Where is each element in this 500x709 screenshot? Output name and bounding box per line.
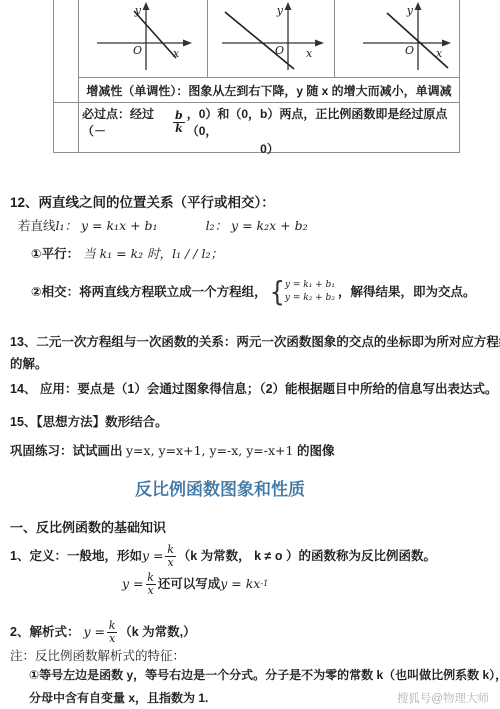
system-eq-2: y = k₂ + b₂ (285, 292, 335, 305)
parallel-condition: 当 k₁ = k₂ 时，l₁ / / l₂； (83, 246, 223, 261)
function-line (225, 12, 294, 69)
table-row-monotonicity: 增减性（单调性）：图象从左到右下降，y 随 x 的增大而减小，单调减 (54, 77, 459, 102)
graph-decreasing-line-through-origin: y O x (335, 0, 461, 75)
page-title: 反比例函数图象和性质 (0, 479, 440, 501)
x-axis-label: x (173, 47, 180, 60)
analytic-after: （k 为常数,） (119, 624, 195, 640)
watermark: 搜狐号@物理大师 (397, 692, 489, 707)
pass-points-line1: 必过点：经过（－bk，0）和（0，b）两点，正比例函数即是经过原点（0， (82, 105, 457, 139)
x-axis-label: x (436, 47, 443, 60)
x-axis-label: x (306, 47, 313, 60)
document-page: y O x y O x (0, 0, 500, 709)
intersect-after: ，解得结果，即为交点。 (338, 284, 476, 300)
note-heading: 注：反比例函数解析式的特征： (10, 648, 185, 664)
table-row-graphs: y O x y O x (54, 0, 459, 77)
graph-decreasing-line-negative-intercept: y O x (208, 0, 335, 75)
graph-cell-1: y O x (79, 0, 208, 77)
table-header-column-empty (54, 0, 79, 77)
table-row-pass-points: 必过点：经过（－bk，0）和（0，b）两点，正比例函数即是经过原点（0， 0） (54, 102, 459, 153)
pass-points-before: 必过点：经过（－ (82, 105, 171, 139)
graph-decreasing-line-positive-intercept: y O x (79, 0, 208, 75)
section-12-intersect: ②相交：将两直线方程联立成一个方程组， { y = k₁ + b₁ y = k₂… (31, 276, 475, 308)
system-eq-1: y = k₁ + b₁ (285, 279, 335, 292)
practice-label: 巩固练习：试试画出 (10, 444, 126, 458)
center-eq-left: y = (122, 576, 144, 592)
intersect-label: ②相交： (31, 284, 79, 300)
section-15: 15、【思想方法】数形结合。 (10, 414, 168, 430)
graph-cell-2: y O x (208, 0, 335, 77)
y-axis-label: y (276, 4, 284, 17)
analytic-eq-left: y = (83, 624, 105, 640)
practice-after: 的图像 (293, 444, 334, 458)
origin-label: O (275, 44, 284, 57)
lines-prefix: 若直线 (18, 219, 56, 233)
monotonicity-text: 增减性（单调性）：图象从左到右下降，y 随 x 的增大而减小，单调减 (79, 77, 459, 102)
fraction-k-over-x: kx (107, 620, 117, 644)
analytic-line: 2、解析式： y = kx （k 为常数,） (10, 616, 196, 649)
section-12-lines: 若直线l₁： y = k₁x + b₁l₂： y = k₂x + b₂ (18, 218, 308, 234)
note1-line2: 分母中含有自变量 x，且指数为 1. (29, 691, 208, 707)
equation-system: { y = k₁ + b₁ y = k₂ + b₂ (270, 279, 335, 305)
linear-function-properties-table: y O x y O x (53, 0, 460, 153)
pass-points-after: ，0）和（0，b）两点，正比例函数即是经过原点（0， (187, 105, 457, 139)
table-header-column-empty (54, 77, 79, 102)
fraction-k-over-x: kx (165, 544, 175, 568)
graph-cell-3: y O x (335, 0, 461, 77)
center-formula-line: y = kx 还可以写成 y = kx -1 (122, 568, 268, 601)
exponent: -1 (260, 579, 268, 589)
center-mid: 还可以写成 (158, 576, 221, 592)
section-12-heading: 12、两直线之间的位置关系（平行或相交）： (10, 194, 275, 212)
intersect-body: 将两直线方程联立成一个方程组， (79, 284, 267, 300)
definition-label: 1、定义： (10, 548, 67, 564)
note1-line1: ①等号左边是函数 y，等号右边是一个分式。分子是不为零的常数 k（也叫做比例系数… (29, 668, 500, 684)
definition-pre: 一般地，形如 (67, 548, 142, 564)
origin-label: O (405, 44, 414, 57)
fraction-k-over-x: kx (146, 572, 156, 596)
pass-points-line2: 0） (82, 140, 457, 157)
definition-after: 的函数称为反比例函数。 (298, 548, 436, 564)
definition-eq-left: y = (142, 548, 164, 564)
fraction-b-over-k: bk (173, 110, 185, 134)
line2-formula: l₂： y = k₂x + b₂ (206, 218, 308, 233)
line1-formula: l₁： y = k₁x + b₁ (56, 218, 158, 233)
section-14: 14、 应用：要点是（1）会通过图象得信息；（2）能根据题目中所给的信息写出表达… (10, 381, 498, 397)
pass-points-cell: 必过点：经过（－bk，0）和（0，b）两点，正比例函数即是经过原点（0， 0） (79, 103, 459, 153)
origin-label: O (133, 44, 142, 57)
left-brace-icon: { (270, 278, 285, 306)
y-axis-label: y (134, 4, 142, 17)
center-right: y = kx (220, 576, 260, 592)
definition-mid: （k 为常数， k ≠ o ） (178, 548, 299, 564)
system-equations: y = k₁ + b₁ y = k₂ + b₂ (285, 279, 335, 305)
practice-line: 巩固练习：试试画出 y=x, y=x+1, y=-x, y=-x+1 的图像 (10, 443, 334, 459)
parallel-label: ①平行： (31, 247, 79, 261)
section-13-line1: 13、二元一次方程组与一次函数的关系：两元一次函数图象的交点的坐标即为所对应方程… (10, 334, 500, 350)
analytic-label: 2、解析式： (10, 624, 79, 640)
table-header-column-empty (54, 103, 79, 153)
y-axis-label: y (406, 4, 414, 17)
section-13-line2: 的解。 (10, 356, 48, 372)
subsection-1-heading: 一、反比例函数的基础知识 (10, 520, 166, 537)
section-12-parallel: ①平行：当 k₁ = k₂ 时，l₁ / / l₂； (31, 246, 223, 262)
practice-formula: y=x, y=x+1, y=-x, y=-x+1 (126, 443, 293, 458)
